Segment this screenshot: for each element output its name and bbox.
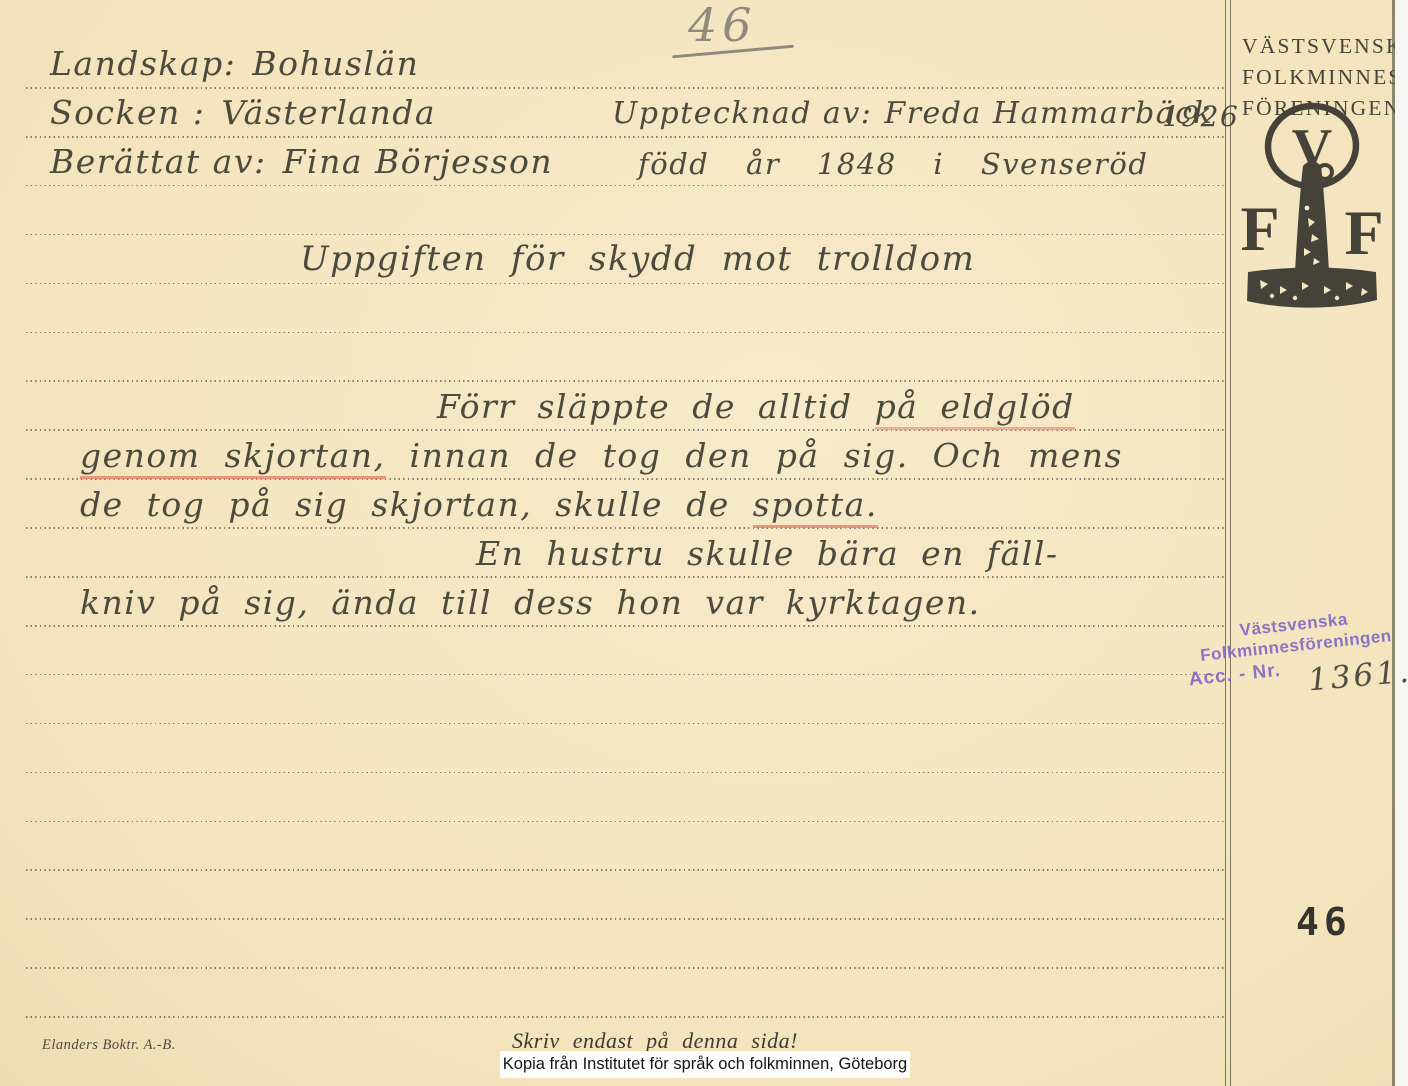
field-upptecknad: Upptecknad av:Freda Hammarbäck bbox=[612, 96, 1213, 132]
ruled-line bbox=[26, 283, 1226, 285]
record-title: Uppgiften för skydd mot trolldom bbox=[300, 239, 970, 280]
body-line-1-text: Förr släppte de alltid bbox=[437, 387, 875, 426]
ruled-line bbox=[26, 332, 1226, 334]
logo-letter-f-right: F bbox=[1344, 197, 1383, 268]
landskap-label: Landskap: bbox=[50, 44, 236, 83]
ruled-line bbox=[26, 185, 1226, 187]
ruled-line bbox=[26, 625, 1226, 627]
underlined-genom-skjortan: genom skjortan, bbox=[80, 436, 386, 479]
field-socken: Socken :Västerlanda bbox=[50, 93, 436, 133]
body-line-3-text: de tog på sig skjortan, skulle de bbox=[80, 485, 753, 524]
berattat-label: Berättat av: bbox=[50, 142, 267, 181]
ruled-line bbox=[26, 918, 1226, 920]
field-year: 1926 bbox=[1162, 100, 1239, 134]
ruled-line bbox=[26, 527, 1226, 529]
ruled-line bbox=[26, 821, 1226, 823]
ruled-line bbox=[26, 576, 1226, 578]
sidebar-divider-line bbox=[1225, 0, 1231, 1086]
field-berattat: Berättat av:Fina Börjesson bbox=[50, 142, 553, 182]
archive-card: 46 Landskap:Bohuslän Socken :Västerlanda… bbox=[0, 0, 1408, 1086]
ruled-line bbox=[26, 869, 1226, 871]
field-born: född år 1848 i Svenseröd bbox=[638, 147, 1148, 182]
socken-value: Västerlanda bbox=[221, 93, 436, 132]
body-line-2-text: innan de tog den på sig. Och mens bbox=[386, 436, 1123, 475]
body-line-2: genom skjortan, innan de tog den på sig.… bbox=[80, 436, 1123, 476]
ruled-line bbox=[26, 136, 1226, 138]
ruled-line bbox=[26, 87, 1226, 89]
body-line-4: En hustru skulle bära en fäll- bbox=[476, 534, 1059, 574]
body-line-1: Förr släppte de alltid på eldglöd bbox=[437, 387, 1075, 427]
logo-letter-f-left: F bbox=[1240, 193, 1279, 264]
field-landskap: Landskap:Bohuslän bbox=[50, 44, 419, 84]
body-line-3: de tog på sig skjortan, skulle de spotta… bbox=[80, 485, 878, 525]
pencil-page-number: 46 bbox=[688, 0, 757, 53]
ruled-line bbox=[26, 674, 1226, 676]
ruled-line bbox=[26, 772, 1226, 774]
printer-imprint: Elanders Boktr. A.-B. bbox=[42, 1037, 176, 1054]
landskap-value: Bohuslän bbox=[252, 44, 419, 83]
ruled-line bbox=[26, 380, 1226, 382]
underlined-spotta: spotta. bbox=[753, 485, 878, 528]
org-line-2: FOLKMINNES= bbox=[1242, 62, 1408, 93]
page-number-stamp: 46 bbox=[1296, 900, 1352, 944]
underlined-pa-eldglod: på eldglöd bbox=[875, 387, 1075, 430]
ruled-line bbox=[26, 1016, 1226, 1018]
copy-note: Kopia från Institutet för språk och folk… bbox=[503, 1055, 907, 1074]
scan-edge-margin bbox=[1395, 0, 1408, 1086]
ruled-line bbox=[26, 234, 1226, 236]
body-line-5: kniv på sig, ända till dess hon var kyrk… bbox=[80, 583, 981, 623]
ruled-line bbox=[26, 967, 1226, 969]
vff-thors-hammer-logo: V F F bbox=[1240, 100, 1386, 322]
upptecknad-label: Upptecknad av: bbox=[612, 96, 872, 131]
berattat-value: Fina Börjesson bbox=[283, 142, 554, 181]
copy-note-strip: Kopia från Institutet för språk och folk… bbox=[500, 1051, 910, 1078]
ruled-line bbox=[26, 723, 1226, 725]
socken-label: Socken : bbox=[50, 93, 205, 132]
org-line-1: VÄSTSVENSKA bbox=[1242, 31, 1408, 62]
